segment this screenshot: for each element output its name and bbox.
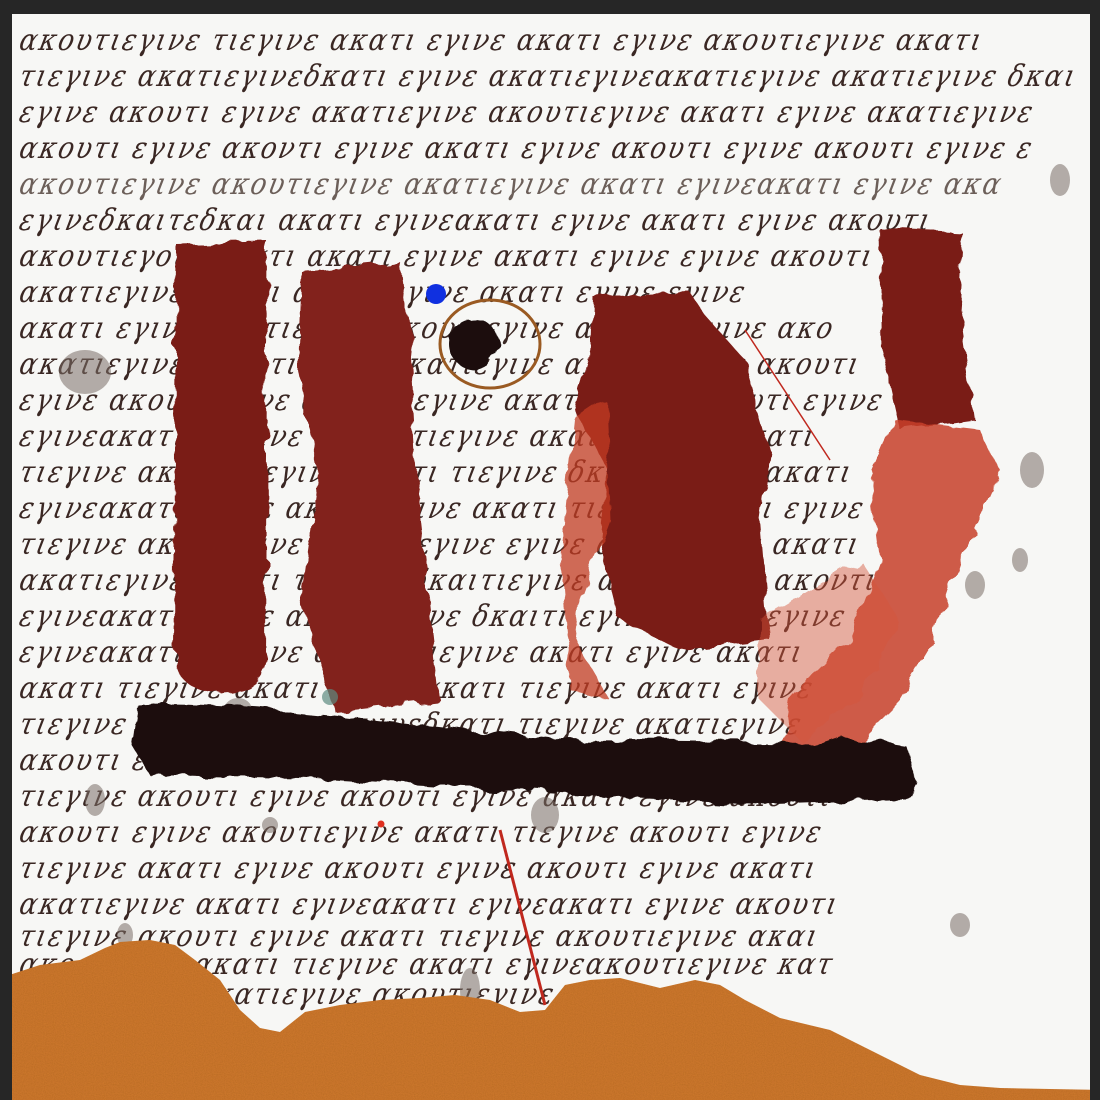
artwork-frame: ακουτιεγινε τιεγινε ακατι εγινε ακατι εγ… [0,0,1100,1100]
painted-shapes [12,14,1090,1100]
red-brushstroke-left [174,242,268,692]
red-brushstroke-right [880,228,975,430]
red-dot [378,821,385,828]
blue-dot [426,284,446,304]
black-ink-dot [449,319,499,369]
teal-blot [322,689,338,705]
torn-orange-paper [12,940,1090,1100]
red-brushstroke-second [298,262,440,712]
paper-canvas: ακουτιεγινε τιεγινε ακατι εγινε ακατι εγ… [12,14,1090,1100]
